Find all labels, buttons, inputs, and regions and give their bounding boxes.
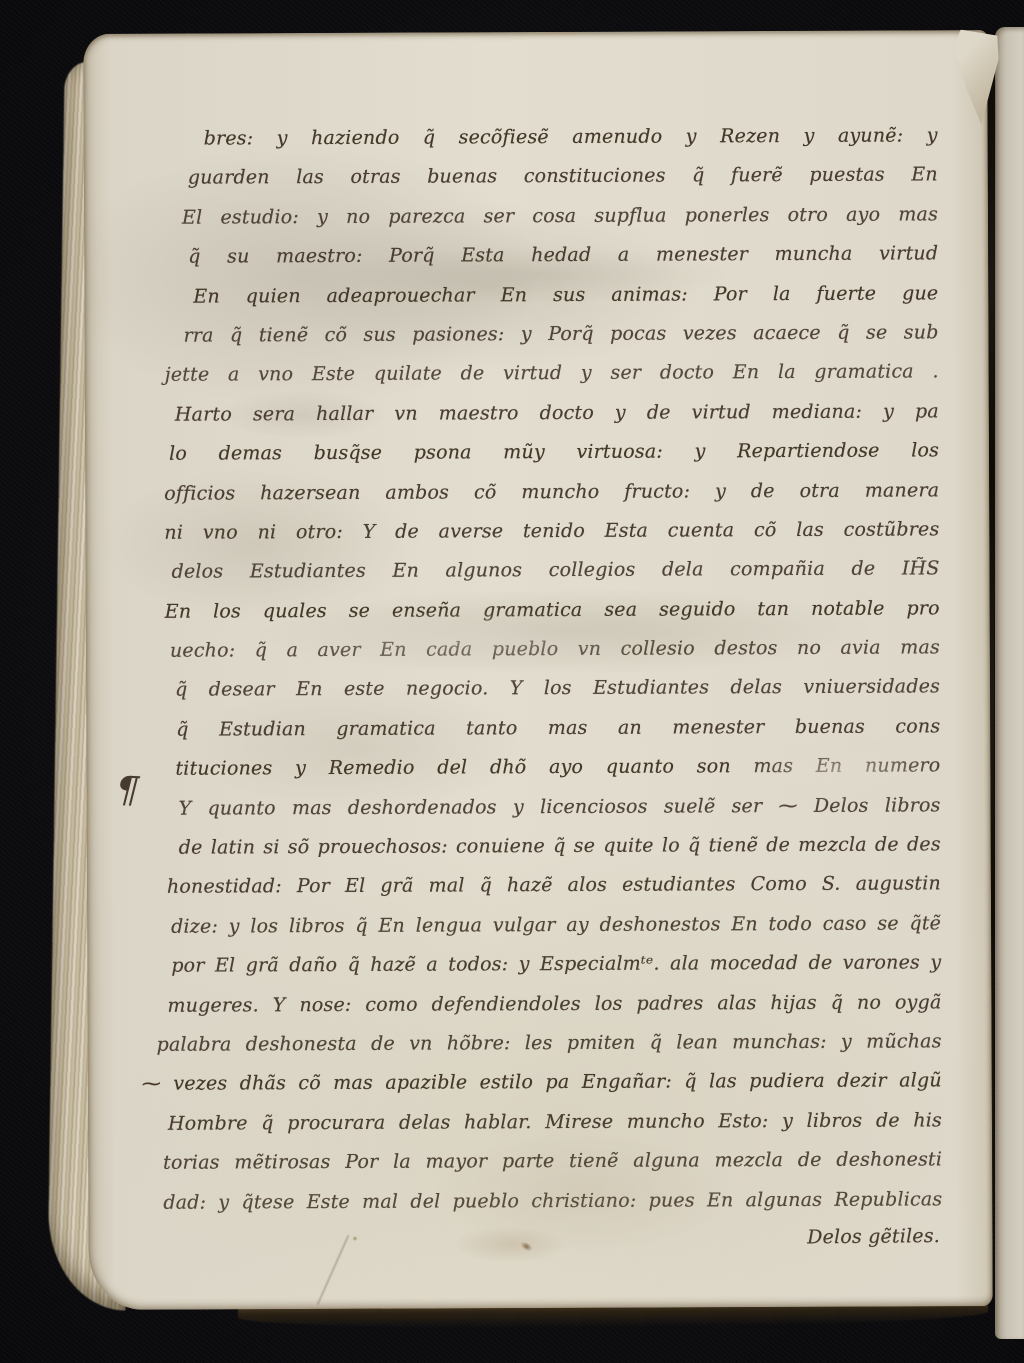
manuscript-line: bres: y haziendo q̃ secõfiesẽ amenudo y … [204,116,938,159]
manuscript-line: Hombre q̃ procurara delas hablar. Mirese… [168,1101,942,1144]
manuscript-line: lo demas busq̃se psona mũy virtuosa: y R… [169,431,939,474]
next-page-edge [995,27,1024,1339]
manuscript-line: Y quanto mas deshordenados y licenciosos… [179,786,941,829]
catchword-line: Delos gẽtiles. [178,1217,940,1264]
manuscript-line: rra q̃ tienẽ cõ sus pasiones: y Porq̃ po… [183,313,938,356]
manuscript-line: dize: y los libros q̃ En lengua vulgar a… [171,904,941,947]
manuscript-line: q̃ desear En este negocio. Y los Estudia… [175,668,940,711]
manuscript-line: q̃ Estudian gramatica tanto mas an menes… [176,707,940,750]
manuscript-line: jette a vno Este quilate de virtud y ser… [165,353,939,396]
manuscript-line: q̃ su maestro: Porq̃ Esta hedad a menest… [188,235,938,278]
manuscript-line: En los quales se enseña gramatica sea se… [165,589,940,632]
manuscript-line: mugeres. Y nose: como defendiendoles los… [167,983,941,1026]
manuscript-line: dad: y q̃tese Este mal del pueblo christ… [163,1180,942,1223]
manuscript-line: torias mẽtirosas Por la mayor parte tien… [163,1140,942,1183]
manuscript-line: por El grã daño q̃ hazẽ a todos: y Espec… [171,944,941,987]
manuscript-line: ⁓ vezes dhãs cõ mas apazible estilo pa E… [142,1062,942,1105]
manuscript-line: uecho: q̃ a aver En cada pueblo vn colle… [170,628,940,671]
manuscript-line: En quien adeaprouechar En sus animas: Po… [193,274,938,317]
manuscript-line: delos Estudiantes En algunos collegios d… [171,550,939,593]
manuscript-photo: ¶ bres: y haziendo q̃ secõfiesẽ amenudo … [0,0,1024,1363]
manuscript-line: honestidad: Por El grã mal q̃ hazẽ alos … [167,865,941,908]
manuscript-line: de latin si sõ prouechosos: conuiene q̃ … [179,825,941,868]
manuscript-line: guarden las otras buenas constituciones … [188,156,938,199]
paragraph-mark: ¶ [115,769,140,811]
manuscript-line: officios hazersean ambos cõ muncho fruct… [164,471,939,514]
manuscript-line: ni vno ni otro: Y de averse tenido Esta … [164,510,939,553]
manuscript-line: palabra deshonesta de vn hõbre: les pmit… [157,1022,942,1065]
text-block: bres: y haziendo q̃ secõfiesẽ amenudo y … [176,116,943,1222]
manuscript-line: Harto sera hallar vn maestro docto y de … [175,392,939,435]
manuscript-line: tituciones y Remedio del dhõ ayo quanto … [175,747,940,790]
manuscript-line: El estudio: y no parezca ser cosa supflu… [182,195,938,238]
